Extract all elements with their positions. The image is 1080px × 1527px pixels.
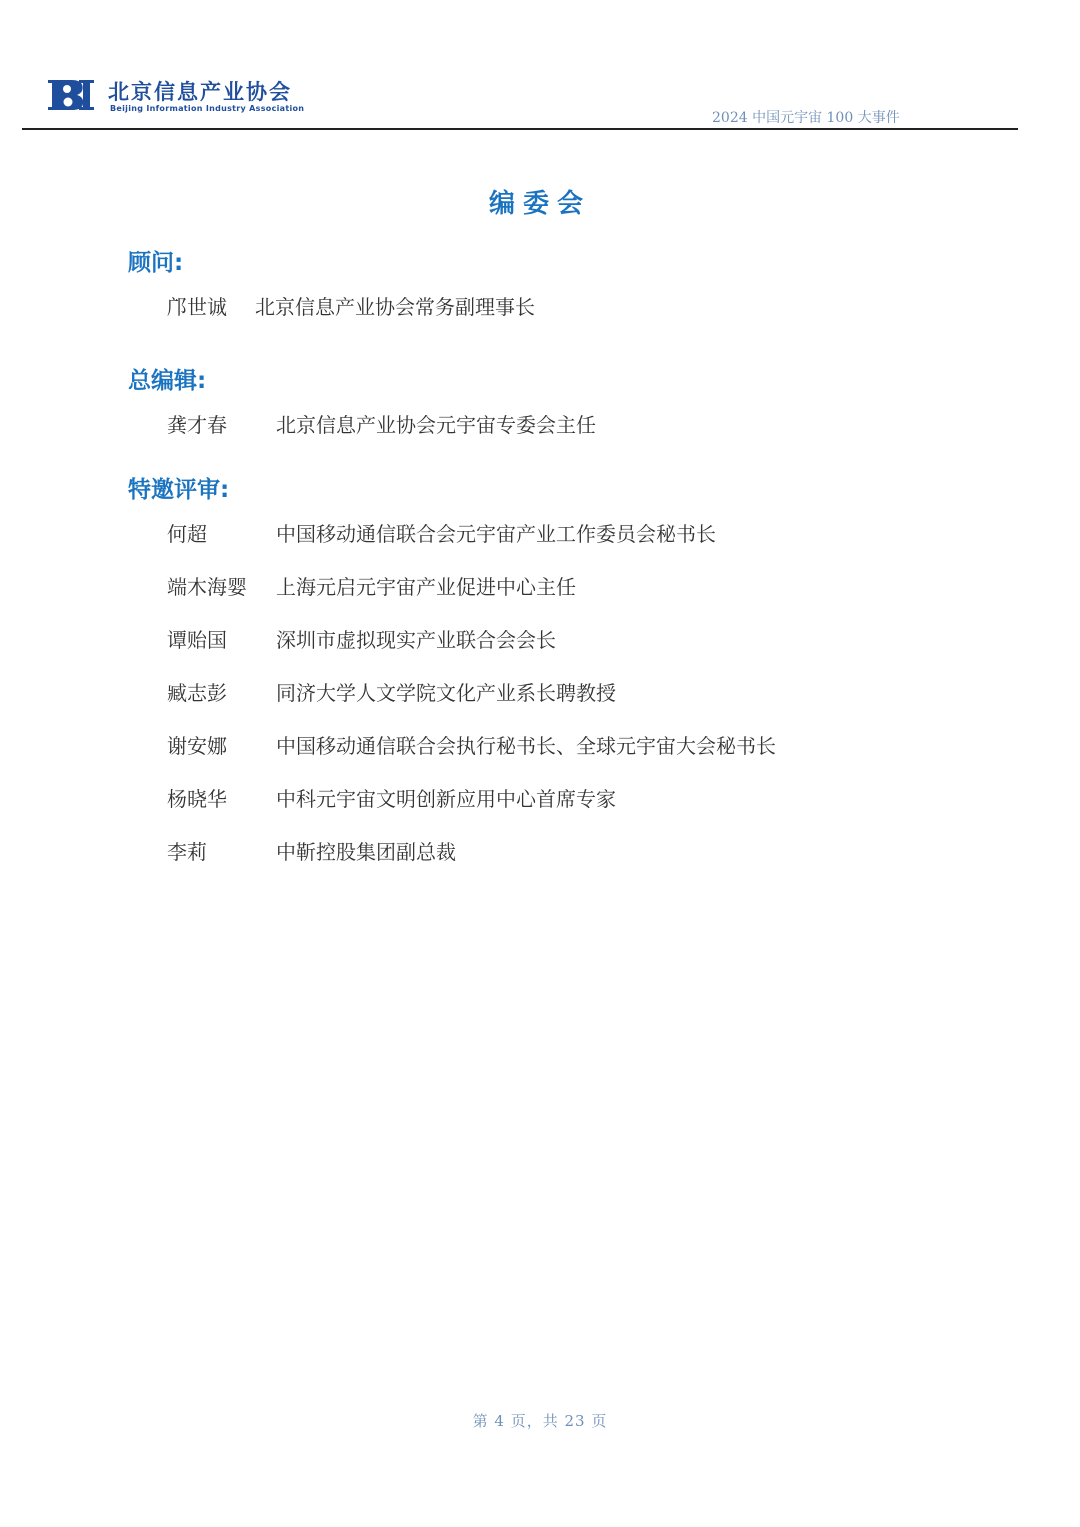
member-title: 北京信息产业协会元宇宙专委会主任 <box>276 409 596 438</box>
member-name: 邝世诚 <box>167 291 255 320</box>
member-row: 谢安娜中国移动通信联合会执行秘书长、全球元宇宙大会秘书长 <box>167 730 776 759</box>
section-title-guest-reviewers: 特邀评审: <box>128 471 229 504</box>
member-row: 邝世诚北京信息产业协会常务副理事长 <box>167 291 535 320</box>
member-row: 杨晓华中科元宇宙文明创新应用中心首席专家 <box>167 783 616 812</box>
member-name: 杨晓华 <box>167 783 276 812</box>
member-title: 同济大学人文学院文化产业系长聘教授 <box>276 677 616 706</box>
member-name: 谭贻国 <box>167 624 276 653</box>
member-name: 臧志彭 <box>167 677 276 706</box>
page-title: 编委会 <box>0 183 1080 220</box>
member-title: 深圳市虚拟现实产业联合会会长 <box>276 624 556 653</box>
page-indicator: 第 4 页，共 23 页 <box>0 1410 1080 1431</box>
member-row: 臧志彭同济大学人文学院文化产业系长聘教授 <box>167 677 616 706</box>
association-logo-icon <box>46 78 96 112</box>
member-row: 端木海婴上海元启元宇宙产业促进中心主任 <box>167 571 576 600</box>
member-title: 中科元宇宙文明创新应用中心首席专家 <box>276 783 616 812</box>
member-row: 李莉中靳控股集团副总裁 <box>167 836 456 865</box>
member-title: 中国移动通信联合会执行秘书长、全球元宇宙大会秘书长 <box>276 730 776 759</box>
member-title: 中靳控股集团副总裁 <box>276 836 456 865</box>
header-divider <box>22 128 1018 130</box>
section-title-editor-in-chief: 总编辑: <box>128 362 206 395</box>
member-name: 何超 <box>167 518 276 547</box>
member-name: 谢安娜 <box>167 730 276 759</box>
association-name-en: Beijing Information Industry Association <box>110 104 304 113</box>
member-row: 谭贻国深圳市虚拟现实产业联合会会长 <box>167 624 556 653</box>
member-title: 上海元启元宇宙产业促进中心主任 <box>276 571 576 600</box>
member-row: 龚才春北京信息产业协会元宇宙专委会主任 <box>167 409 596 438</box>
member-name: 端木海婴 <box>167 571 276 600</box>
document-title: 2024 中国元宇宙 100 大事件 <box>712 107 900 127</box>
member-title: 中国移动通信联合会元宇宙产业工作委员会秘书长 <box>276 518 716 547</box>
member-row: 何超中国移动通信联合会元宇宙产业工作委员会秘书长 <box>167 518 716 547</box>
section-title-advisor: 顾问: <box>128 244 183 277</box>
association-name-cn: 北京信息产业协会 <box>108 76 292 106</box>
member-name: 龚才春 <box>167 409 276 438</box>
member-name: 李莉 <box>167 836 276 865</box>
member-title: 北京信息产业协会常务副理事长 <box>255 291 535 320</box>
page-header: 北京信息产业协会 Beijing Information Industry As… <box>0 0 1080 132</box>
